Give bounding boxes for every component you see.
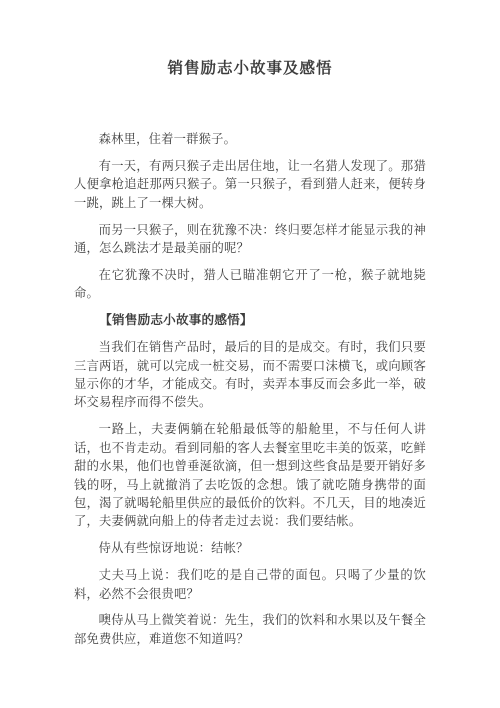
insight-paragraph-1: 当我们在销售产品时，最后的目的是成交。有时，我们只要三言两语，就可以完成一桩交易… — [74, 338, 426, 412]
insight-paragraph-2: 一路上，夫妻俩躺在轮船最低等的船舱里，不与任何人讲话，也不肯走动。看到同船的客人… — [74, 420, 426, 530]
insight-paragraph-4: 丈夫马上说：我们吃的是自己带的面包。只喝了少量的饮料，必然不会很贵吧？ — [74, 566, 426, 603]
insight-paragraph-5: 噢侍从马上微笑着说：先生，我们的饮料和水果以及午餐全部免费供应，难道您不知道吗？ — [74, 611, 426, 648]
document-body: 森林里，住着一群猴子。 有一天，有两只猴子走出居住地，让一名猎人发现了。那猎人便… — [74, 130, 426, 648]
insight-paragraph-3: 侍从有些惊讶地说：结帐？ — [74, 539, 426, 557]
story-paragraph-3: 而另一只猴子，则在犹豫不决：终归要怎样才能显示我的神通，怎么跳法才是最美丽的呢？ — [74, 221, 426, 258]
story-paragraph-1: 森林里，住着一群猴子。 — [74, 130, 426, 148]
story-paragraph-4: 在它犹豫不决时，猎人已瞄准朝它开了一枪，猴子就地毙命。 — [74, 266, 426, 303]
story-paragraph-2: 有一天，有两只猴子走出居住地，让一名猎人发现了。那猎人便拿枪追赶那两只猴子。第一… — [74, 157, 426, 212]
document-page: 销售励志小故事及感悟 森林里，住着一群猴子。 有一天，有两只猴子走出居住地，让一… — [0, 0, 500, 708]
section-heading: 【销售励志小故事的感悟】 — [74, 311, 426, 329]
document-title: 销售励志小故事及感悟 — [74, 56, 426, 78]
